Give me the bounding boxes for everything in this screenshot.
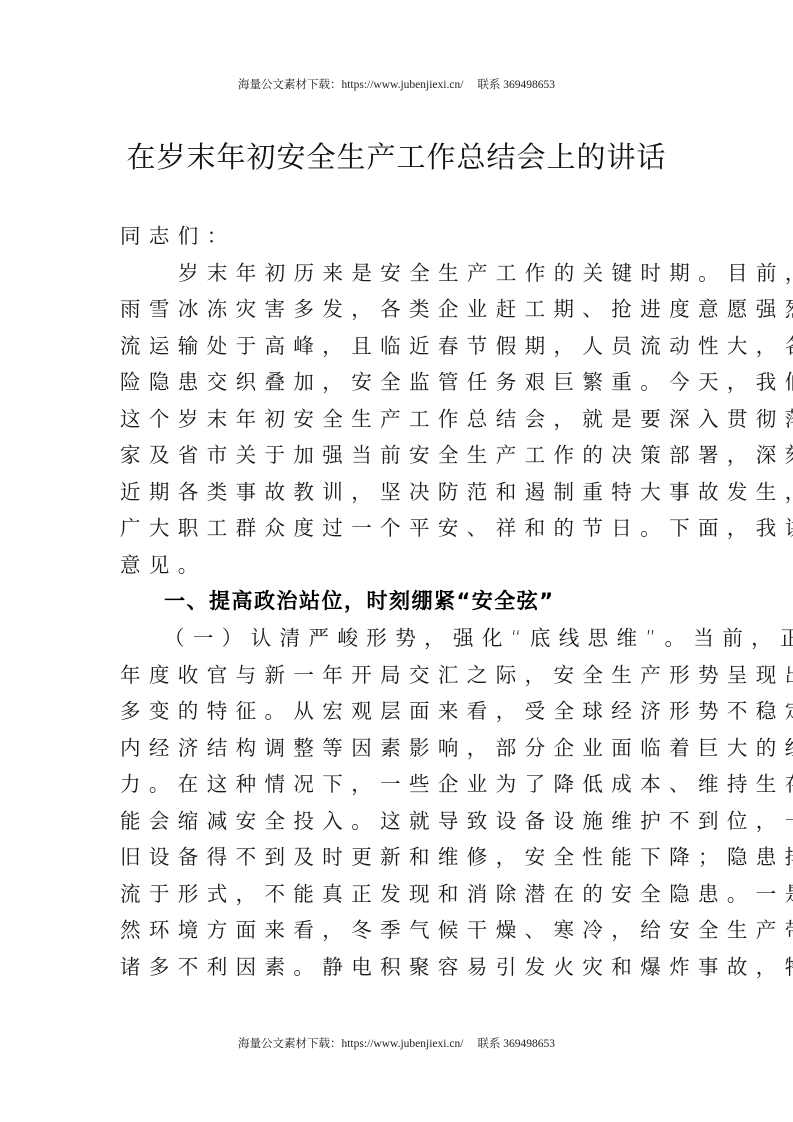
paragraph-line: 岁末年初历来是安全生产工作的关键时期。目前，低温 xyxy=(120,255,676,292)
paragraph-line: 然环境方面来看，冬季气候干燥、寒冷，给安全生产带来了 xyxy=(120,912,676,949)
paragraph-line: 流运输处于高峰，且临近春节假期，人员流动性大，各类风 xyxy=(120,328,676,365)
section-heading: 一、提高政治站位，时刻绷紧“安全弦” xyxy=(120,583,676,620)
salutation: 同志们： xyxy=(120,218,676,255)
paragraph-line: 多变的特征。从宏观层面来看，受全球经济形势不稳定、国 xyxy=(120,693,676,730)
paragraph-line: 力。在这种情况下，一些企业为了降低成本、维持生存，可 xyxy=(120,766,676,803)
header-watermark: 海量公文素材下载：https://www.jubenjiexi.cn/联系 36… xyxy=(0,76,793,92)
section-paragraph: （一）认清严峻形势，强化“底线思维”。当前，正值 年度收官与新一年开局交汇之际，… xyxy=(120,620,676,985)
document-body: 同志们： 岁末年初历来是安全生产工作的关键时期。目前，低温 雨雪冰冻灾害多发，各… xyxy=(120,218,676,985)
paragraph-line: 年度收官与新一年开局交汇之际，安全生产形势呈现出复杂 xyxy=(120,657,676,694)
paragraph-line: 近期各类事故教训，坚决防范和遏制重特大事故发生，确保 xyxy=(120,474,676,511)
paragraph-line: 诸多不利因素。静电积聚容易引发火灾和爆炸事故，特别是 xyxy=(120,949,676,986)
watermark-download-text: 海量公文素材下载：https://www.jubenjiexi.cn/ xyxy=(238,1038,463,1050)
intro-paragraph: 岁末年初历来是安全生产工作的关键时期。目前，低温 雨雪冰冻灾害多发，各类企业赶工… xyxy=(120,255,676,584)
paragraph-line: 内经济结构调整等因素影响，部分企业面临着巨大的经营压 xyxy=(120,730,676,767)
document-title: 在岁末年初安全生产工作总结会上的讲话 xyxy=(0,135,793,176)
paragraph-line: 雨雪冰冻灾害多发，各类企业赶工期、抢进度意愿强烈，物 xyxy=(120,291,676,328)
paragraph-line: 险隐患交织叠加，安全监管任务艰巨繁重。今天，我们召开 xyxy=(120,364,676,401)
paragraph-line: 这个岁末年初安全生产工作总结会，就是要深入贯彻落实国 xyxy=(120,401,676,438)
paragraph-line: 广大职工群众度过一个平安、祥和的节日。下面，我讲几点 xyxy=(120,510,676,547)
paragraph-line: 能会缩减安全投入。这就导致设备设施维护不到位，一些老 xyxy=(120,803,676,840)
paragraph-line: 旧设备得不到及时更新和维修，安全性能下降；隐患排查也 xyxy=(120,839,676,876)
paragraph-line: 意见。 xyxy=(120,547,676,584)
paragraph-line: （一）认清严峻形势，强化“底线思维”。当前，正值 xyxy=(120,620,676,657)
watermark-contact-text: 联系 369498653 xyxy=(477,79,555,91)
watermark-contact-text: 联系 369498653 xyxy=(477,1038,555,1050)
paragraph-line: 家及省市关于加强当前安全生产工作的决策部署，深刻吸取 xyxy=(120,437,676,474)
watermark-download-text: 海量公文素材下载：https://www.jubenjiexi.cn/ xyxy=(238,79,463,91)
footer-watermark: 海量公文素材下载：https://www.jubenjiexi.cn/联系 36… xyxy=(0,1035,793,1051)
paragraph-line: 流于形式，不能真正发现和消除潜在的安全隐患。一是从自 xyxy=(120,876,676,913)
